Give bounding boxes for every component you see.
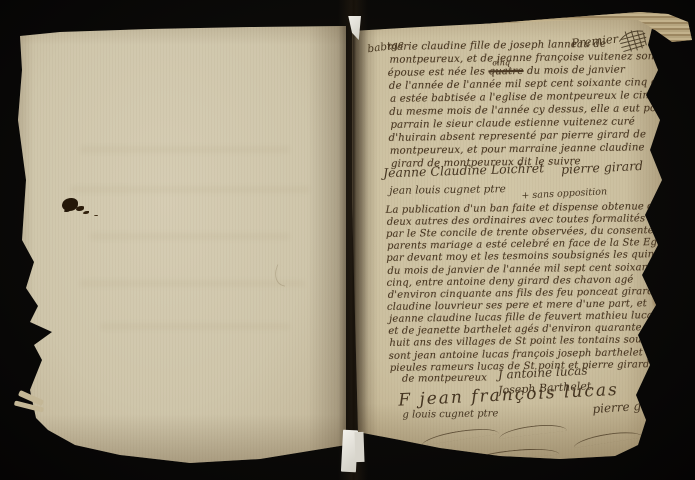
struck-word: quatre [488,66,523,77]
pen-flourish [421,425,499,446]
signature: g louis cugnet ptre [402,409,498,420]
inserted-word: cinq [492,59,510,67]
left-page [10,18,356,468]
right-page: babtge Premier marie claudine fille de j… [346,6,695,468]
signature: J antoine lucas [498,365,588,381]
officiant-signature: jean louis cugnet ptre [389,184,506,196]
spine-repair-tab-bottom-2 [354,432,364,462]
manuscript-line: épouse est née les quatrecinq du mois de… [388,66,625,80]
pen-flourish [573,428,644,448]
book-spine-gutter [338,0,368,480]
pen-flourish [498,422,567,439]
bleedthrough-streak [70,186,310,193]
marginal-note: + sans opposition [521,187,607,201]
signature: pierre girard [592,398,671,415]
signature: pierre girard [561,160,644,176]
manuscript-line: de montpeureux [402,373,487,384]
manuscript-line: montpeureux, et pour marraine jeanne cla… [390,143,645,157]
manuscript-line: marie claudine fille de joseph lanneau d… [387,40,606,53]
bleedthrough-streak [100,323,290,330]
bleedthrough-streak [80,146,290,153]
pen-flourish [467,445,559,463]
paper-texture [10,18,356,468]
ink-blot [62,198,78,211]
signature: Jeanne Claudine Loichret [383,162,544,180]
manuscript-text: babtge Premier marie claudine fille de j… [343,4,695,471]
signature: F jean françois lucas [398,382,619,410]
book-scan: babtge Premier marie claudine fille de j… [0,0,695,480]
bleedthrough-streak [80,280,305,287]
bleedthrough-streak [90,233,290,240]
